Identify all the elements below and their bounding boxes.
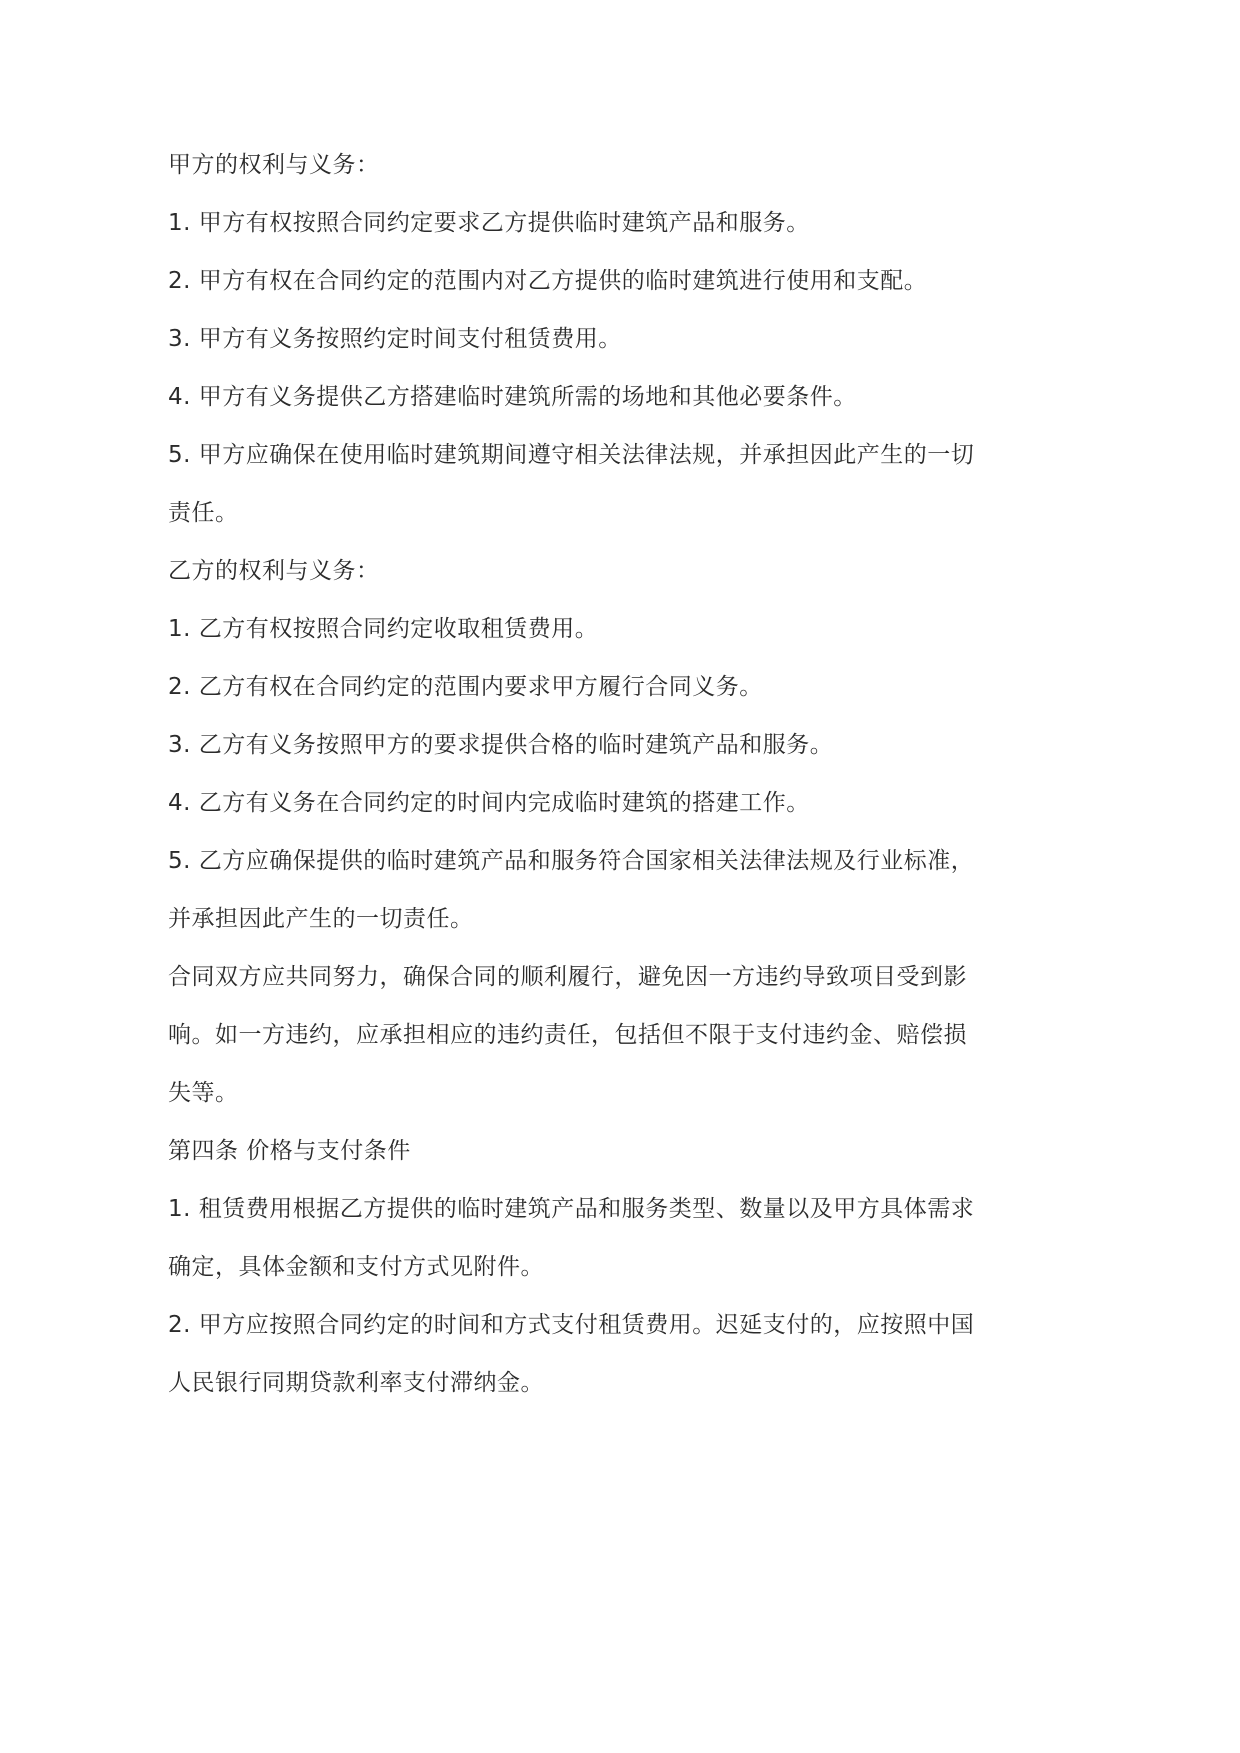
party-a-clause-5-cont: 责任。 bbox=[168, 491, 948, 549]
party-a-clause-5: 5. 甲方应确保在使用临时建筑期间遵守相关法律法规，并承担因此产生的一切 bbox=[168, 433, 948, 491]
joint-obligation-paragraph: 合同双方应共同努力，确保合同的顺利履行，避免因一方违约导致项目受到影 bbox=[168, 955, 948, 1013]
article-4-clause-1-cont: 确定，具体金额和支付方式见附件。 bbox=[168, 1245, 948, 1303]
party-b-clause-4: 4. 乙方有义务在合同约定的时间内完成临时建筑的搭建工作。 bbox=[168, 781, 948, 839]
joint-obligation-paragraph-cont: 响。如一方违约，应承担相应的违约责任，包括但不限于支付违约金、赔偿损 bbox=[168, 1013, 948, 1071]
party-b-clause-1: 1. 乙方有权按照合同约定收取租赁费用。 bbox=[168, 607, 948, 665]
party-b-clause-3: 3. 乙方有义务按照甲方的要求提供合格的临时建筑产品和服务。 bbox=[168, 723, 948, 781]
party-b-clause-5-cont: 并承担因此产生的一切责任。 bbox=[168, 897, 948, 955]
party-b-clause-2: 2. 乙方有权在合同约定的范围内要求甲方履行合同义务。 bbox=[168, 665, 948, 723]
article-4-heading: 第四条 价格与支付条件 bbox=[168, 1129, 948, 1187]
party-b-clause-5: 5. 乙方应确保提供的临时建筑产品和服务符合国家相关法律法规及行业标准， bbox=[168, 839, 948, 897]
party-a-clause-3: 3. 甲方有义务按照约定时间支付租赁费用。 bbox=[168, 317, 948, 375]
section-heading-party-b: 乙方的权利与义务： bbox=[168, 549, 948, 607]
article-4-clause-2: 2. 甲方应按照合同约定的时间和方式支付租赁费用。迟延支付的，应按照中国 bbox=[168, 1303, 948, 1361]
article-4-clause-2-cont: 人民银行同期贷款利率支付滞纳金。 bbox=[168, 1361, 948, 1419]
article-4-clause-1: 1. 租赁费用根据乙方提供的临时建筑产品和服务类型、数量以及甲方具体需求 bbox=[168, 1187, 948, 1245]
document-page: 甲方的权利与义务： 1. 甲方有权按照合同约定要求乙方提供临时建筑产品和服务。 … bbox=[168, 143, 948, 1419]
party-a-clause-4: 4. 甲方有义务提供乙方搭建临时建筑所需的场地和其他必要条件。 bbox=[168, 375, 948, 433]
joint-obligation-paragraph-end: 失等。 bbox=[168, 1071, 948, 1129]
section-heading-party-a: 甲方的权利与义务： bbox=[168, 143, 948, 201]
party-a-clause-1: 1. 甲方有权按照合同约定要求乙方提供临时建筑产品和服务。 bbox=[168, 201, 948, 259]
party-a-clause-2: 2. 甲方有权在合同约定的范围内对乙方提供的临时建筑进行使用和支配。 bbox=[168, 259, 948, 317]
